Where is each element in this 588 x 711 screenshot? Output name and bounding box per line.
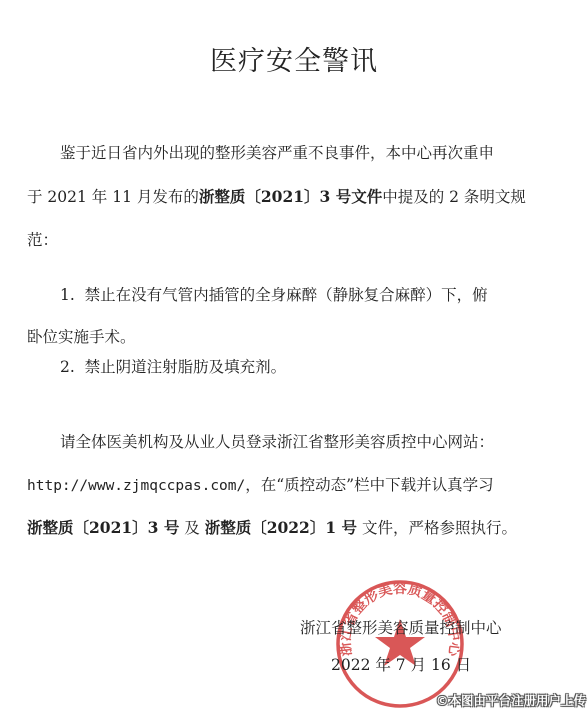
intro-line-2-start: 于 2021 年 11 月发布的 [27,188,199,206]
notice-line-3-rest: 文件，严格参照执行。 [357,519,517,537]
rule-2: 2. 禁止阴道注射脂肪及填充剂。 [60,356,286,378]
notice-line-2: http://www.zjmqccpas.com/，在“质控动态”栏中下载并认真… [27,474,494,497]
signing-date: 2022 年 7 月 16 日 [331,654,471,676]
notice-line-2-rest: ，在“质控动态”栏中下载并认真学习 [245,476,493,494]
rule-1: 1. 禁止在没有气管内插管的全身麻醉（静脉复合麻醉）下，俯 [60,284,488,306]
intro-line-2: 于 2021 年 11 月发布的浙整质〔2021〕3 号文件中提及的 2 条明文… [27,186,526,208]
upload-watermark: ©本图由平台注册用户上传 [436,691,586,709]
signing-organization: 浙江省整形美容质量控制中心 [300,617,502,639]
rule-1-text: 禁止在没有气管内插管的全身麻醉（静脉复合麻醉）下，俯 [85,286,488,304]
rule-1-number: 1. [60,286,75,304]
document-title: 医疗安全警讯 [0,44,588,80]
rule-2-text: 禁止阴道注射脂肪及填充剂。 [85,358,287,376]
referenced-document-1: 浙整质〔2021〕3 号 [27,518,179,537]
intro-line-3: 范： [27,229,58,251]
notice-line-1: 请全体医美机构及从业人员登录浙江省整形美容质控中心网站： [60,431,494,453]
notice-line-3: 浙整质〔2021〕3 号 及 浙整质〔2022〕1 号 文件，严格参照执行。 [27,517,517,539]
conjunction: 及 [179,519,204,537]
referenced-document: 浙整质〔2021〕3 号文件 [199,187,382,206]
rule-1-continued: 卧位实施手术。 [27,326,136,348]
intro-line-1: 鉴于近日省内外出现的整形美容严重不良事件，本中心再次重申 [60,142,494,164]
rule-2-number: 2. [60,358,75,376]
intro-line-2-end: 中提及的 2 条明文规 [382,188,526,206]
website-link[interactable]: http://www.zjmqccpas.com/ [27,478,245,494]
referenced-document-2: 浙整质〔2022〕1 号 [205,518,357,537]
